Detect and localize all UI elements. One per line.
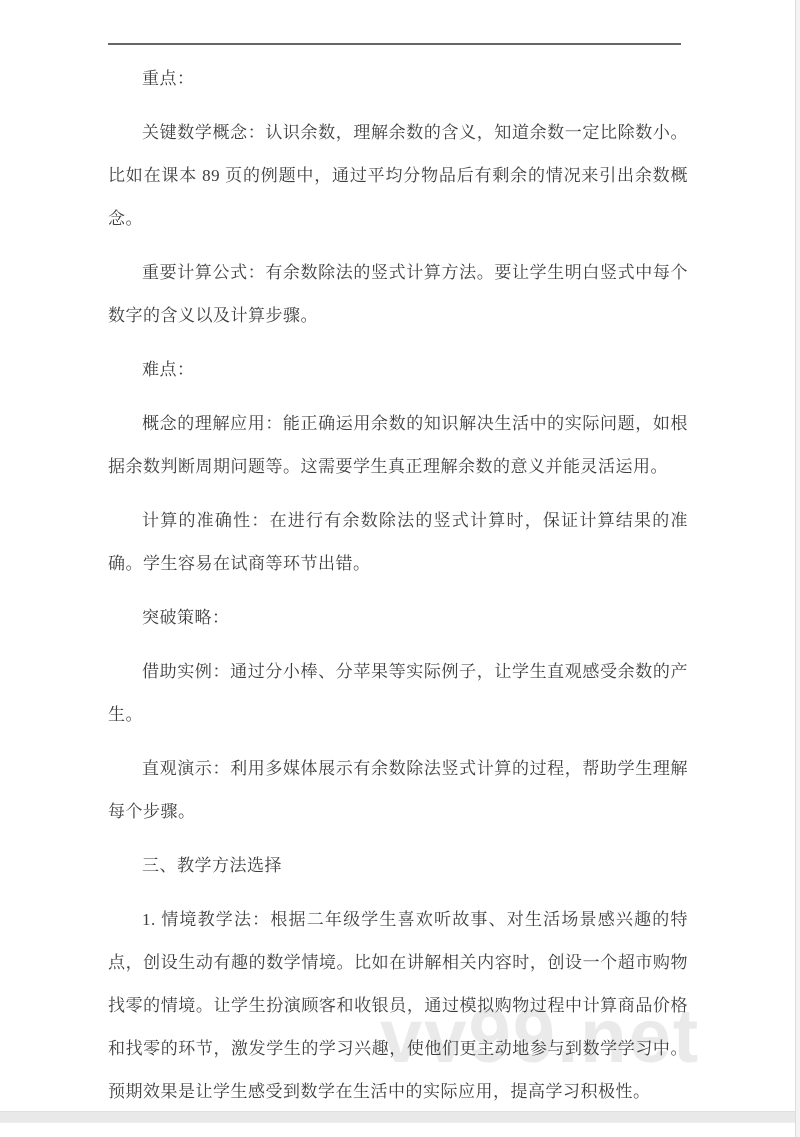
document-content: 重点：关键数学概念：认识余数，理解余数的含义，知道余数一定比除数小。比如在课本 … [108, 57, 688, 1124]
paragraph: 概念的理解应用：能正确运用余数的知识解决生活中的实际问题，如根据余数判断周期问题… [108, 402, 688, 488]
paragraph: 难点： [108, 348, 688, 391]
paragraph: 借助实例：通过分小棒、分苹果等实际例子，让学生直观感受余数的产生。 [108, 650, 688, 736]
page-gap-band [0, 1111, 800, 1123]
page-edge-line [795, 0, 796, 1137]
paragraph: 重点： [108, 57, 688, 100]
paragraph: 计算的准确性：在进行有余数除法的竖式计算时，保证计算结果的准确。学生容易在试商等… [108, 499, 688, 585]
viewer-gutter [796, 0, 800, 1137]
paragraph: 1. 情境教学法：根据二年级学生喜欢听故事、对生活场景感兴趣的特点，创设生动有趣… [108, 898, 688, 1113]
document-page: vv99.net 重点：关键数学概念：认识余数，理解余数的含义，知道余数一定比除… [0, 0, 795, 1111]
paragraph: 关键数学概念：认识余数，理解余数的含义，知道余数一定比除数小。比如在课本 89 … [108, 111, 688, 240]
paragraph: 直观演示：利用多媒体展示有余数除法竖式计算的过程，帮助学生理解每个步骤。 [108, 747, 688, 833]
header-rule [108, 43, 681, 45]
paragraph: 三、教学方法选择 [108, 844, 688, 887]
paragraph: 突破策略： [108, 596, 688, 639]
paragraph: 重要计算公式：有余数除法的竖式计算方法。要让学生明白竖式中每个数字的含义以及计算… [108, 251, 688, 337]
next-page-top [0, 1123, 795, 1137]
